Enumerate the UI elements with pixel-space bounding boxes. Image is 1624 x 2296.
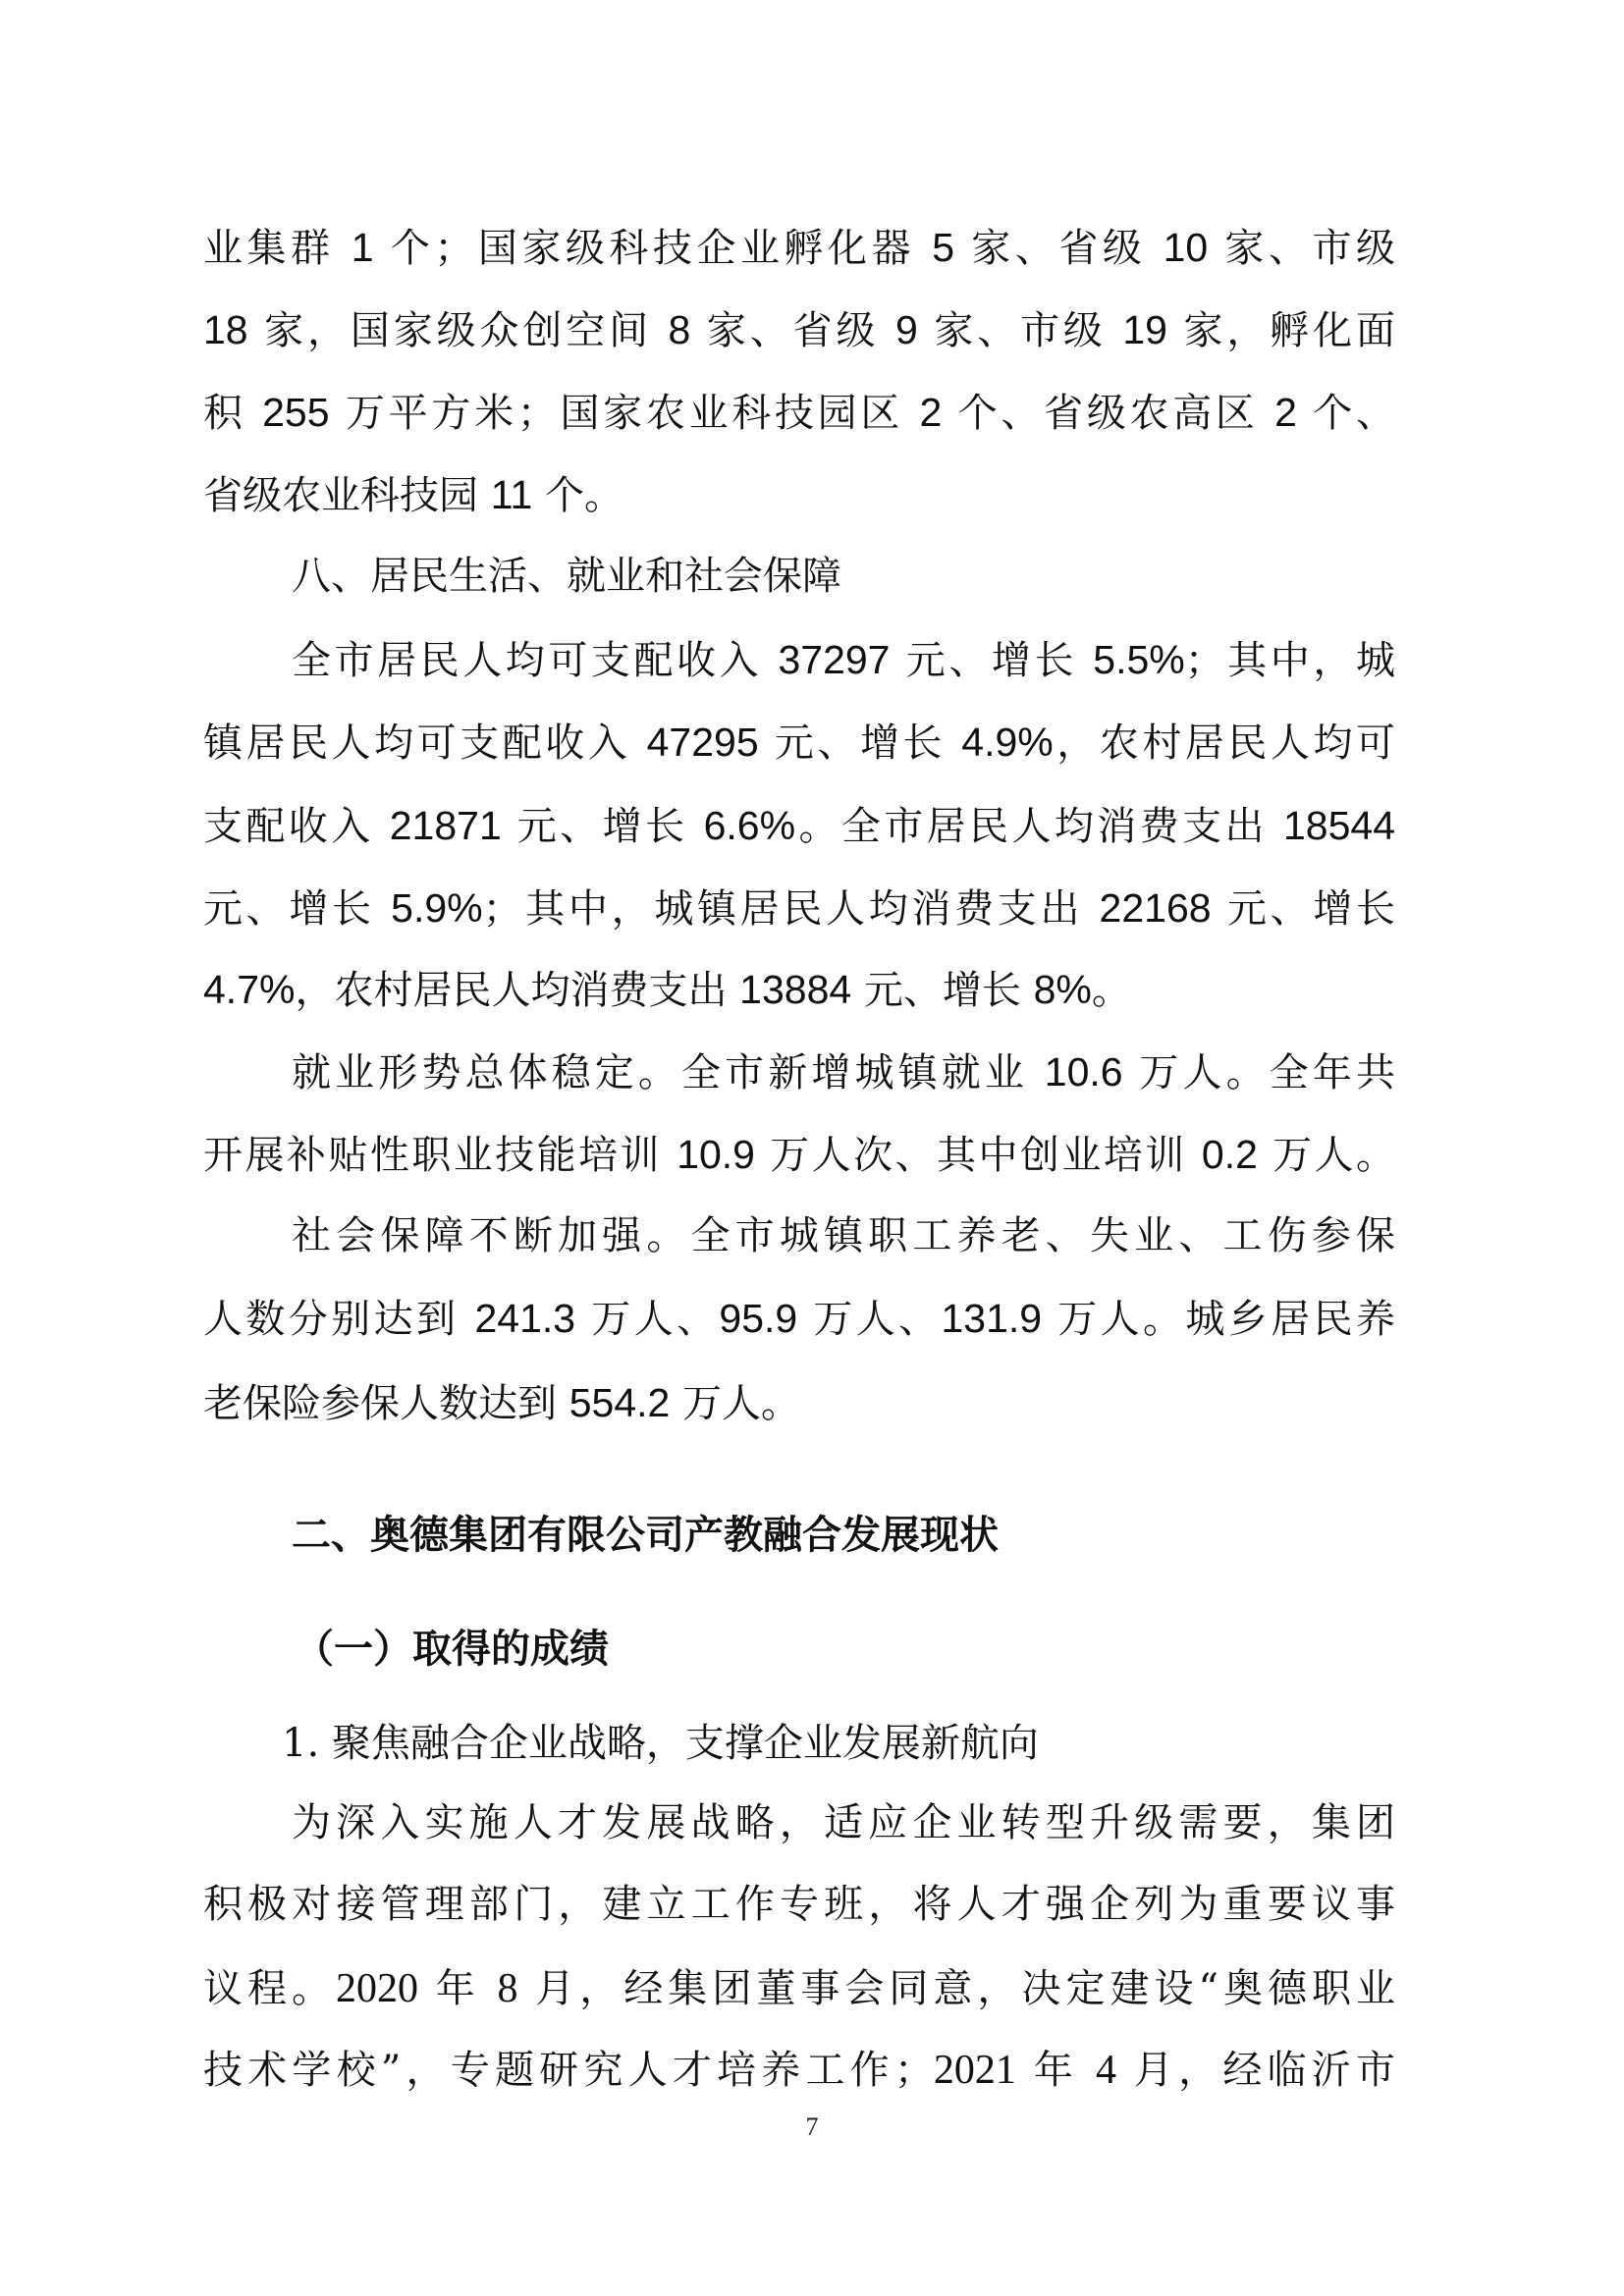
date-number: 2021: [934, 2048, 1016, 2093]
numeric-value: 19: [1122, 307, 1167, 352]
paragraph-line: 为深入实施人才发展战略，适应企业转型升级需要，集团: [292, 1793, 1395, 1852]
heading-level-1: 二、奥德集团有限公司产教融合发展现状: [292, 1506, 999, 1565]
paragraph-line: 4.7%，农村居民人均消费支出 13884 元、增长 8%。: [203, 960, 1395, 1019]
numeric-value: 255: [262, 390, 329, 435]
numeric-value: 10.9: [677, 1132, 755, 1177]
date-number: 8: [498, 1966, 518, 2011]
numeric-value: 4.7%: [203, 967, 295, 1012]
paragraph-line: 老保险参保人数达到 554.2 万人。: [203, 1373, 1395, 1432]
numeric-value: 5: [932, 225, 954, 270]
numeric-value: 21871: [390, 803, 502, 848]
numeric-value: 8: [669, 307, 691, 352]
numeric-value: 4.9%: [961, 720, 1053, 765]
numeric-value: 10: [1164, 225, 1209, 270]
paragraph-line: 业集群 1 个；国家级科技企业孵化器 5 家、省级 10 家、市级: [203, 218, 1395, 277]
paragraph-line: 18 家，国家级众创空间 8 家、省级 9 家、市级 19 家，孵化面: [203, 300, 1395, 359]
numeric-value: 9: [895, 307, 918, 352]
paragraph-line: 镇居民人均可支配收入 47295 元、增长 4.9%，农村居民人均可: [203, 713, 1395, 772]
numeric-value: 1: [352, 225, 374, 270]
numeric-value: 18: [203, 307, 248, 352]
numeric-value: 5.5%: [1093, 637, 1184, 682]
paragraph-line: 全市居民人均可支配收入 37297 元、增长 5.5%；其中，城: [292, 630, 1395, 689]
numeric-value: 0.2: [1202, 1132, 1258, 1177]
numeric-value: 241.3: [474, 1296, 575, 1341]
numeric-value: 2: [1274, 390, 1297, 435]
numeric-value: 37297: [778, 637, 890, 682]
numeric-value: 2: [920, 390, 943, 435]
paragraph-line: 就业形势总体稳定。全市新增城镇就业 10.6 万人。全年共: [292, 1042, 1395, 1101]
paragraph-line: 元、增长 5.9%；其中，城镇居民人均消费支出 22168 元、增长: [203, 879, 1395, 937]
paragraph-line: 社会保障不断加强。全市城镇职工养老、失业、工伤参保: [292, 1206, 1395, 1265]
paragraph-line: 技术学校”，专题研究人才培养工作；2021 年 4 月，经临沂市: [203, 2041, 1395, 2100]
numeric-value: 13884: [739, 967, 851, 1012]
heading-level-3: 1. 聚焦融合企业战略，支撑企业发展新航向: [282, 1714, 1039, 1773]
section-title: 八、居民生活、就业和社会保障: [292, 547, 1395, 606]
date-number: 2020: [336, 1966, 418, 2011]
paragraph-line: 开展补贴性职业技能培训 10.9 万人次、其中创业培训 0.2 万人。: [203, 1125, 1395, 1184]
numeric-value: 18544: [1283, 803, 1395, 848]
paragraph-line: 议程。2020 年 8 月，经集团董事会同意，决定建设“奥德职业: [203, 1959, 1395, 2018]
page-number: 7: [0, 2112, 1624, 2142]
paragraph-line: 积 255 万平方米；国家农业科技园区 2 个、省级农高区 2 个、: [203, 383, 1395, 442]
numeric-value: 554.2: [569, 1380, 671, 1425]
numeric-value: 22168: [1100, 885, 1212, 931]
numeric-value: 11: [491, 472, 533, 517]
numeric-value: 95.9: [719, 1296, 797, 1341]
heading-level-2: （一）取得的成绩: [295, 1620, 609, 1679]
paragraph-line: 人数分别达到 241.3 万人、95.9 万人、131.9 万人。城乡居民养: [203, 1289, 1395, 1348]
numeric-value: 6.6%: [704, 803, 795, 848]
numeric-value: 47295: [647, 720, 759, 765]
date-number: 4: [1096, 2048, 1116, 2093]
numeric-value: 5.9%: [391, 885, 482, 931]
numeric-value: 10.6: [1045, 1049, 1123, 1095]
paragraph-line: 支配收入 21871 元、增长 6.6%。全市居民人均消费支出 18544: [203, 796, 1395, 855]
paragraph-line: 积极对接管理部门，建立工作专班，将人才强企列为重要议事: [203, 1875, 1395, 1934]
numeric-value: 131.9: [942, 1296, 1043, 1341]
document-page: 业集群 1 个；国家级科技企业孵化器 5 家、省级 10 家、市级 18 家，国…: [0, 0, 1624, 2296]
numeric-value: 8%: [1034, 967, 1092, 1012]
paragraph-line: 省级农业科技园 11 个。: [203, 465, 1395, 524]
